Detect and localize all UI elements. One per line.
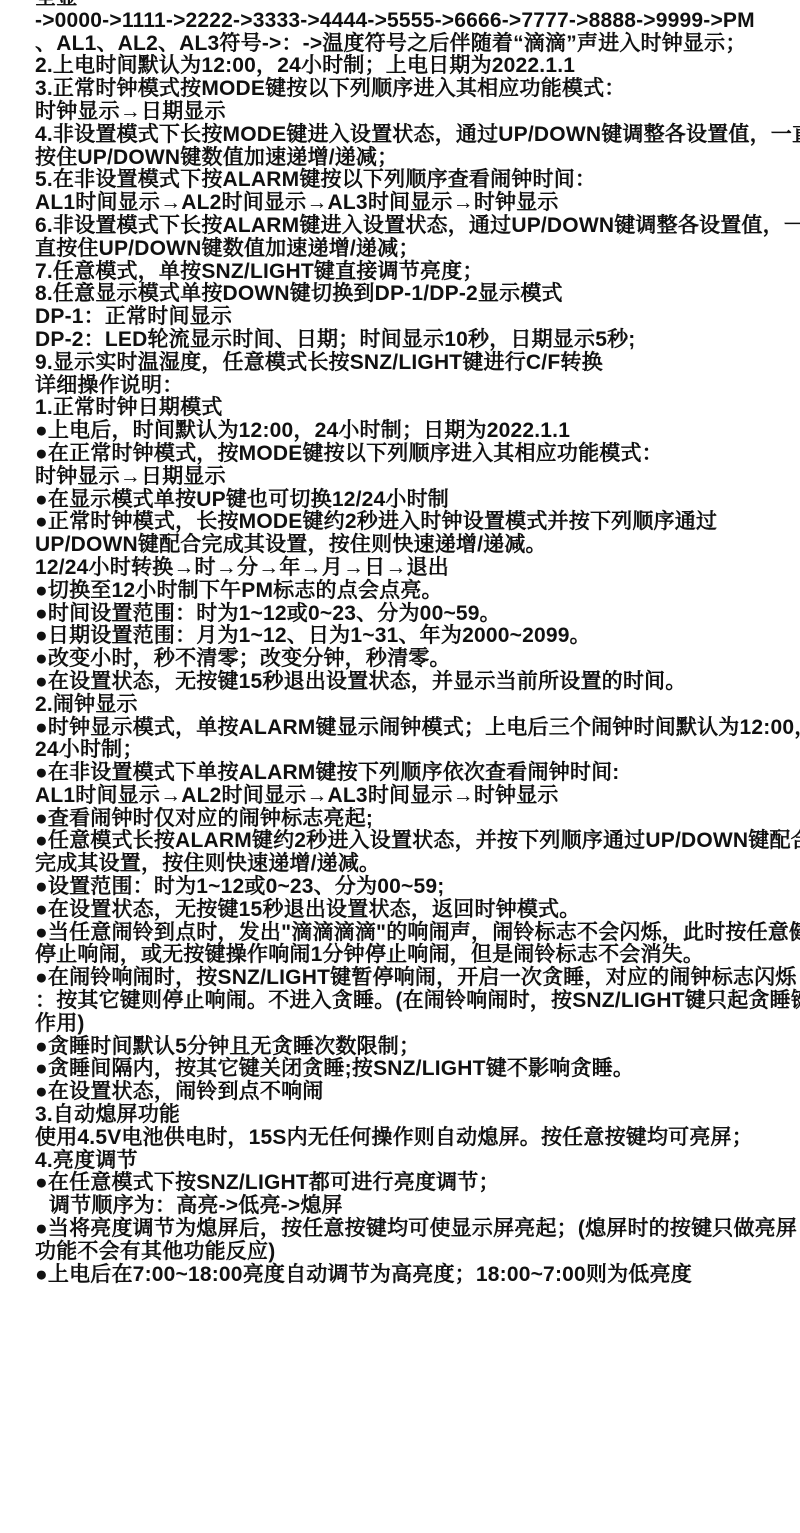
document-lines: 全显->0000->1111->2222->3333->4444->5555->… [35,0,783,1286]
text-line: 、AL1、AL2、AL3符号->：->温度符号之后伴随着“滴滴”声进入时钟显示； [35,33,783,56]
manual-page: 全显->0000->1111->2222->3333->4444->5555->… [0,0,800,1533]
text-line: ●当任意闹铃到点时，发出"滴滴滴滴"的响闹声，闹铃标志不会闪烁，此时按任意健 [35,922,783,945]
text-line: ●时间设置范围：时为1~12或0~23、分为00~59。 [35,603,783,626]
text-line: 详细操作说明： [35,375,783,398]
text-line: 停止响闹，或无按键操作响闹1分钟停止响闹，但是闹铃标志不会消失。 [35,944,783,967]
text-line: DP-2：LED轮流显示时间、日期；时间显示10秒，日期显示5秒; [35,329,783,352]
text-line: ●在设置状态，无按键15秒退出设置状态，返回时钟模式。 [35,899,783,922]
text-line: 2.闹钟显示 [35,694,783,717]
text-line: 使用4.5V电池供电时，15S内无任何操作则自动熄屏。按任意按键均可亮屏； [35,1127,783,1150]
text-line: UP/DOWN键配合完成其设置，按住则快速递增/递减。 [35,534,783,557]
text-line: ●贪睡间隔内，按其它键关闭贪睡;按SNZ/LIGHT键不影响贪睡。 [35,1058,783,1081]
text-line: 完成其设置，按住则快速递增/递减。 [35,853,783,876]
text-line: 4.非设置模式下长按MODE键进入设置状态，通过UP/DOWN键调整各设置值，一… [35,124,783,147]
text-line: ：按其它键则停止响闹。不进入贪睡。(在闹铃响闹时，按SNZ/LIGHT键只起贪睡… [35,990,783,1013]
text-line: DP-1：正常时间显示 [35,306,783,329]
text-line: AL1时间显示→AL2时间显示→AL3时间显示→时钟显示 [35,192,783,215]
text-line: 功能不会有其他功能反应) [35,1241,783,1264]
text-line: 9.显示实时温湿度，任意模式长按SNZ/LIGHT键进行C/F转换 [35,352,783,375]
text-line: 按住UP/DOWN键数值加速递增/递减； [35,147,783,170]
text-line: ●时钟显示模式，单按ALARM键显示闹钟模式；上电后三个闹钟时间默认为12:00… [35,717,783,740]
text-line: 6.非设置模式下长按ALARM键进入设置状态，通过UP/DOWN键调整各设置值，… [35,215,783,238]
text-line: ●在正常时钟模式，按MODE键按以下列顺序进入其相应功能模式： [35,443,783,466]
text-line: ●切换至12小时制下午PM标志的点会点亮。 [35,580,783,603]
text-line: ●在显示模式单按UP键也可切换12/24小时制 [35,489,783,512]
text-line: 1.正常时钟日期模式 [35,397,783,420]
text-line: ->0000->1111->2222->3333->4444->5555->66… [35,10,783,33]
text-line: 7.任意模式，单按SNZ/LIGHT键直接调节亮度； [35,261,783,284]
text-line: ●上电后在7:00~18:00亮度自动调节为高亮度；18:00~7:00则为低亮… [35,1264,783,1287]
text-line: ●正常时钟模式，长按MODE键约2秒进入时钟设置模式并按下列顺序通过 [35,511,783,534]
text-line: AL1时间显示→AL2时间显示→AL3时间显示→时钟显示 [35,785,783,808]
text-line: ●贪睡时间默认5分钟且无贪睡次数限制； [35,1036,783,1059]
text-line: 时钟显示→日期显示 [35,101,783,124]
text-line: ●查看闹钟时仅对应的闹钟标志亮起; [35,808,783,831]
text-line: ●在非设置模式下单按ALARM键按下列顺序依次查看闹钟时间: [35,762,783,785]
text-line: ●上电后，时间默认为12:00，24小时制；日期为2022.1.1 [35,420,783,443]
text-line: 8.任意显示模式单按DOWN键切换到DP-1/DP-2显示模式 [35,283,783,306]
text-line: 作用) [35,1013,783,1036]
text-line: 直按住UP/DOWN键数值加速递增/递减； [35,238,783,261]
text-line: 2.上电时间默认为12:00，24小时制；上电日期为2022.1.1 [35,55,783,78]
text-line: ●在闹铃响闹时，按SNZ/LIGHT键暂停响闹，开启一次贪睡，对应的闹钟标志闪烁 [35,967,783,990]
text-line: 4.亮度调节 [35,1150,783,1173]
text-line: ●在任意模式下按SNZ/LIGHT都可进行亮度调节； [35,1172,783,1195]
text-line: 12/24小时转换→时→分→年→月→日→退出 [35,557,783,580]
text-line: 3.自动熄屏功能 [35,1104,783,1127]
text-line: ●改变小时，秒不清零；改变分钟，秒清零。 [35,648,783,671]
text-line: 调节顺序为：高亮->低亮->熄屏 [35,1195,783,1218]
text-line: 时钟显示→日期显示 [35,466,783,489]
text-line: ●任意模式长按ALARM键约2秒进入设置状态，并按下列顺序通过UP/DOWN键配… [35,830,783,853]
text-line: 5.在非设置模式下按ALARM键按以下列顺序查看闹钟时间： [35,169,783,192]
text-line: ●在设置状态，无按键15秒退出设置状态，并显示当前所设置的时间。 [35,671,783,694]
text-line: 3.正常时钟模式按MODE键按以下列顺序进入其相应功能模式： [35,78,783,101]
text-line: ●设置范围：时为1~12或0~23、分为00~59; [35,876,783,899]
text-line: ●在设置状态，闹铃到点不响闹 [35,1081,783,1104]
text-line: ●日期设置范围：月为1~12、日为1~31、年为2000~2099。 [35,625,783,648]
text-line: ●当将亮度调节为熄屏后，按任意按键均可使显示屏亮起；(熄屏时的按键只做亮屏 [35,1218,783,1241]
text-line: 24小时制； [35,739,783,762]
